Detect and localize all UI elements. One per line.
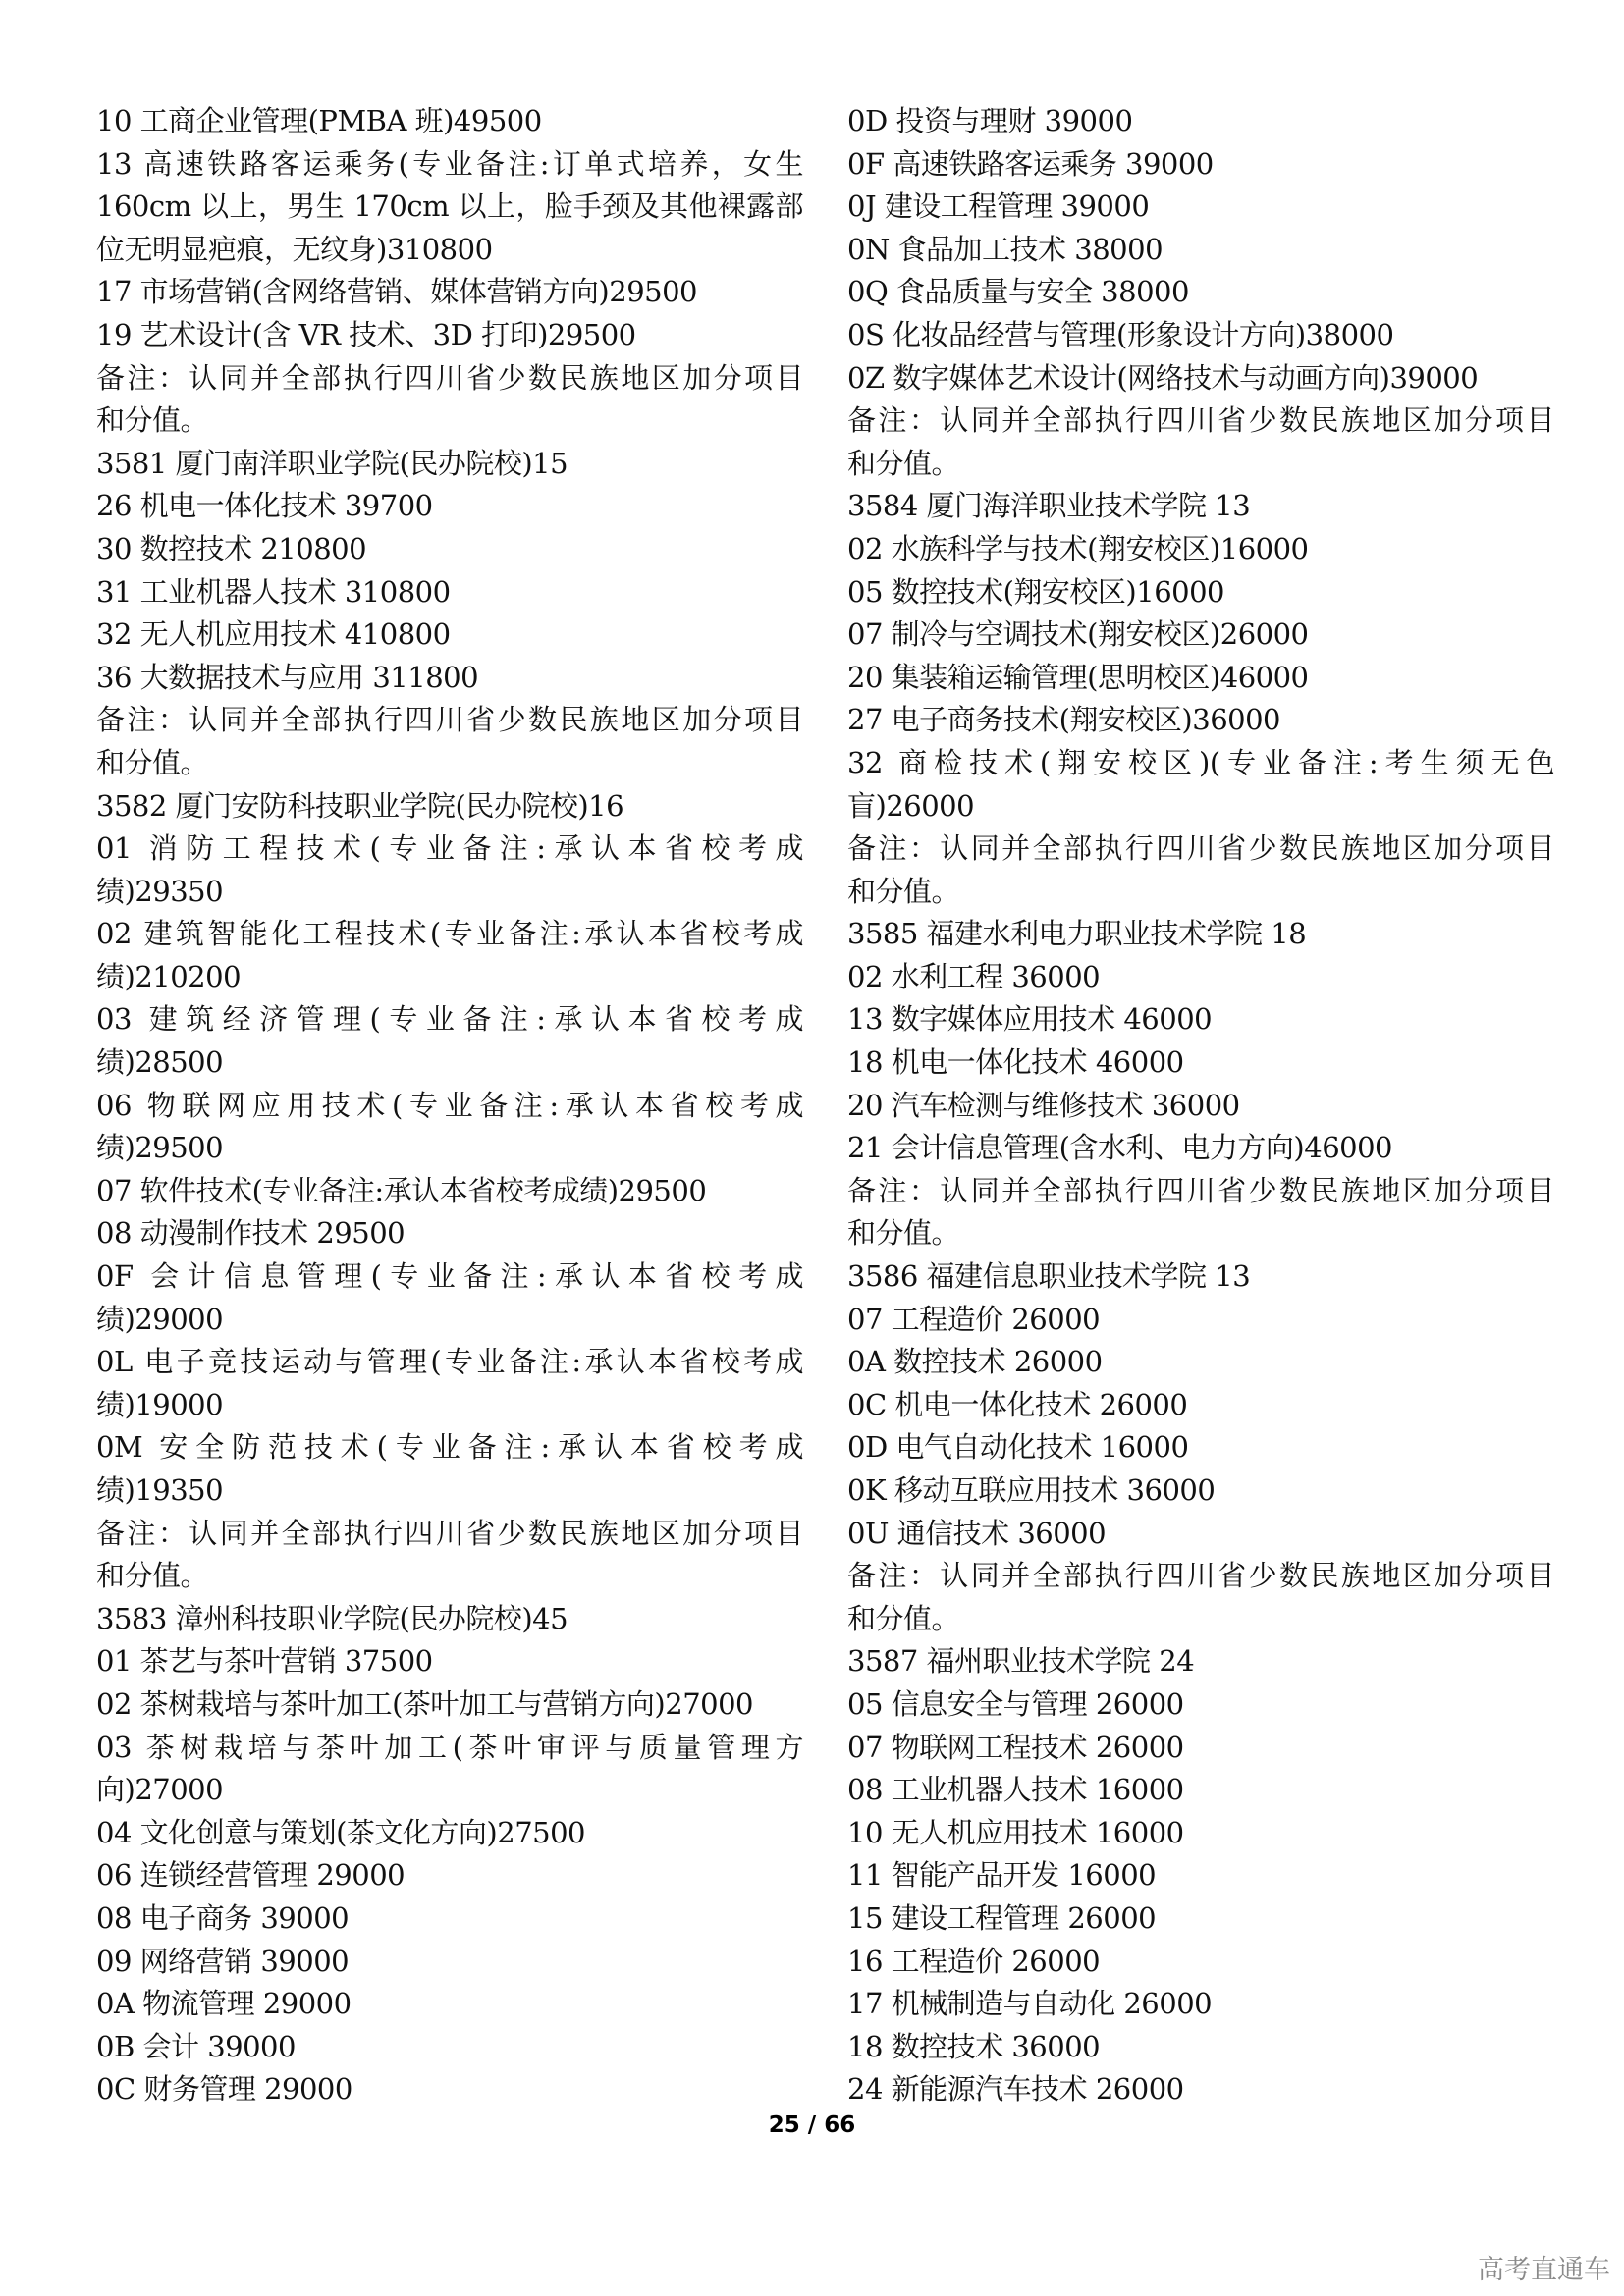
text-line: 13 高速铁路客运乘务(专业备注:订单式培养，女生	[96, 143, 803, 187]
text-line: 3586 福建信息职业技术学院 13	[847, 1255, 1554, 1299]
text-line: 绩)19350	[96, 1469, 803, 1513]
text-line: 3584 厦门海洋职业技术学院 13	[847, 485, 1554, 528]
text-line: 02 建筑智能化工程技术(专业备注:承认本省校考成	[96, 913, 803, 956]
text-line: 3582 厦门安防科技职业学院(民办院校)16	[96, 785, 803, 828]
text-line: 位无明显疤痕，无纹身)310800	[96, 229, 803, 272]
text-line: 10 工商企业管理(PMBA 班)49500	[96, 100, 803, 143]
text-line: 16 工程造价 26000	[847, 1941, 1554, 1984]
text-line: 36 大数据技术与应用 311800	[96, 657, 803, 700]
text-line: 0U 通信技术 36000	[847, 1513, 1554, 1556]
text-line: 07 工程造价 26000	[847, 1299, 1554, 1342]
text-line: 0C 机电一体化技术 26000	[847, 1384, 1554, 1427]
text-line: 08 工业机器人技术 16000	[847, 1769, 1554, 1812]
text-line: 和分值。	[847, 443, 1554, 486]
text-line: 备注：认同并全部执行四川省少数民族地区加分项目	[96, 699, 803, 742]
text-line: 17 市场营销(含网络营销、媒体营销方向)29500	[96, 271, 803, 314]
text-line: 0J 建设工程管理 39000	[847, 186, 1554, 229]
text-line: 20 汽车检测与维修技术 36000	[847, 1085, 1554, 1128]
text-line: 0N 食品加工技术 38000	[847, 229, 1554, 272]
text-line: 0Z 数字媒体艺术设计(网络技术与动画方向)39000	[847, 357, 1554, 400]
text-line: 0L 电子竞技运动与管理(专业备注:承认本省校考成	[96, 1341, 803, 1384]
text-line: 32 商检技术(翔安校区)(专业备注:考生须无色	[847, 742, 1554, 785]
text-line: 15 建设工程管理 26000	[847, 1897, 1554, 1941]
right-column: 0D 投资与理财 390000F 高速铁路客运乘务 390000J 建设工程管理…	[847, 100, 1554, 2111]
text-line: 备注：认同并全部执行四川省少数民族地区加分项目	[847, 1170, 1554, 1213]
text-line: 30 数控技术 210800	[96, 528, 803, 571]
text-line: 09 网络营销 39000	[96, 1941, 803, 1984]
text-line: 盲)26000	[847, 785, 1554, 828]
text-line: 07 制冷与空调技术(翔安校区)26000	[847, 614, 1554, 657]
text-line: 3581 厦门南洋职业学院(民办院校)15	[96, 443, 803, 486]
text-line: 17 机械制造与自动化 26000	[847, 1983, 1554, 2026]
text-line: 绩)210200	[96, 956, 803, 999]
text-line: 0M 安全防范技术(专业备注:承认本省校考成	[96, 1426, 803, 1469]
text-line: 0K 移动互联应用技术 36000	[847, 1469, 1554, 1513]
text-line: 0D 电气自动化技术 16000	[847, 1426, 1554, 1469]
watermark: 高考直通车	[1478, 2248, 1610, 2286]
text-line: 备注：认同并全部执行四川省少数民族地区加分项目	[96, 357, 803, 400]
text-line: 0D 投资与理财 39000	[847, 100, 1554, 143]
text-line: 0F 会计信息管理(专业备注:承认本省校考成	[96, 1255, 803, 1299]
text-line: 160cm 以上，男生 170cm 以上，脸手颈及其他裸露部	[96, 186, 803, 229]
text-line: 21 会计信息管理(含水利、电力方向)46000	[847, 1127, 1554, 1170]
text-line: 绩)29500	[96, 1127, 803, 1170]
text-line: 31 工业机器人技术 310800	[96, 571, 803, 614]
text-line: 24 新能源汽车技术 26000	[847, 2068, 1554, 2111]
text-line: 20 集装箱运输管理(思明校区)46000	[847, 657, 1554, 700]
text-line: 3583 漳州科技职业学院(民办院校)45	[96, 1598, 803, 1641]
text-line: 08 电子商务 39000	[96, 1897, 803, 1941]
text-line: 和分值。	[847, 871, 1554, 914]
text-line: 和分值。	[96, 742, 803, 785]
text-line: 0Q 食品质量与安全 38000	[847, 271, 1554, 314]
text-line: 0A 数控技术 26000	[847, 1341, 1554, 1384]
text-line: 02 水族科学与技术(翔安校区)16000	[847, 528, 1554, 571]
text-line: 绩)29000	[96, 1299, 803, 1342]
text-line: 和分值。	[847, 1212, 1554, 1255]
text-line: 3585 福建水利电力职业技术学院 18	[847, 913, 1554, 956]
text-line: 06 连锁经营管理 29000	[96, 1854, 803, 1897]
text-line: 和分值。	[96, 1555, 803, 1598]
text-line: 备注：认同并全部执行四川省少数民族地区加分项目	[847, 400, 1554, 443]
text-line: 0A 物流管理 29000	[96, 1983, 803, 2026]
text-line: 19 艺术设计(含 VR 技术、3D 打印)29500	[96, 314, 803, 357]
text-line: 和分值。	[96, 400, 803, 443]
text-line: 向)27000	[96, 1769, 803, 1812]
text-line: 0B 会计 39000	[96, 2026, 803, 2069]
text-line: 03 建筑经济管理(专业备注:承认本省校考成	[96, 998, 803, 1041]
text-line: 07 软件技术(专业备注:承认本省校考成绩)29500	[96, 1170, 803, 1213]
text-line: 05 数控技术(翔安校区)16000	[847, 571, 1554, 614]
text-line: 10 无人机应用技术 16000	[847, 1812, 1554, 1855]
text-line: 18 机电一体化技术 46000	[847, 1041, 1554, 1085]
text-line: 27 电子商务技术(翔安校区)36000	[847, 699, 1554, 742]
text-line: 备注：认同并全部执行四川省少数民族地区加分项目	[847, 1555, 1554, 1598]
text-line: 08 动漫制作技术 29500	[96, 1212, 803, 1255]
text-line: 绩)29350	[96, 871, 803, 914]
text-line: 32 无人机应用技术 410800	[96, 614, 803, 657]
text-line: 13 数字媒体应用技术 46000	[847, 998, 1554, 1041]
text-line: 11 智能产品开发 16000	[847, 1854, 1554, 1897]
text-line: 18 数控技术 36000	[847, 2026, 1554, 2069]
text-line: 和分值。	[847, 1598, 1554, 1641]
text-line: 06 物联网应用技术(专业备注:承认本省校考成	[96, 1085, 803, 1128]
text-line: 备注：认同并全部执行四川省少数民族地区加分项目	[847, 828, 1554, 871]
text-line: 03 茶树栽培与茶叶加工(茶叶审评与质量管理方	[96, 1727, 803, 1770]
text-line: 绩)19000	[96, 1384, 803, 1427]
text-line: 3587 福州职业技术学院 24	[847, 1640, 1554, 1683]
page-number: 25 / 66	[0, 2112, 1624, 2138]
left-column: 10 工商企业管理(PMBA 班)4950013 高速铁路客运乘务(专业备注:订…	[96, 100, 803, 2111]
text-line: 01 消防工程技术(专业备注:承认本省校考成	[96, 828, 803, 871]
text-line: 26 机电一体化技术 39700	[96, 485, 803, 528]
text-line: 01 茶艺与茶叶营销 37500	[96, 1640, 803, 1683]
text-line: 0C 财务管理 29000	[96, 2068, 803, 2111]
text-line: 0S 化妆品经营与管理(形象设计方向)38000	[847, 314, 1554, 357]
text-line: 绩)28500	[96, 1041, 803, 1085]
text-line: 05 信息安全与管理 26000	[847, 1683, 1554, 1727]
text-line: 04 文化创意与策划(茶文化方向)27500	[96, 1812, 803, 1855]
text-line: 备注：认同并全部执行四川省少数民族地区加分项目	[96, 1513, 803, 1556]
text-line: 0F 高速铁路客运乘务 39000	[847, 143, 1554, 187]
text-line: 02 水利工程 36000	[847, 956, 1554, 999]
text-line: 07 物联网工程技术 26000	[847, 1727, 1554, 1770]
text-line: 02 茶树栽培与茶叶加工(茶叶加工与营销方向)27000	[96, 1683, 803, 1727]
